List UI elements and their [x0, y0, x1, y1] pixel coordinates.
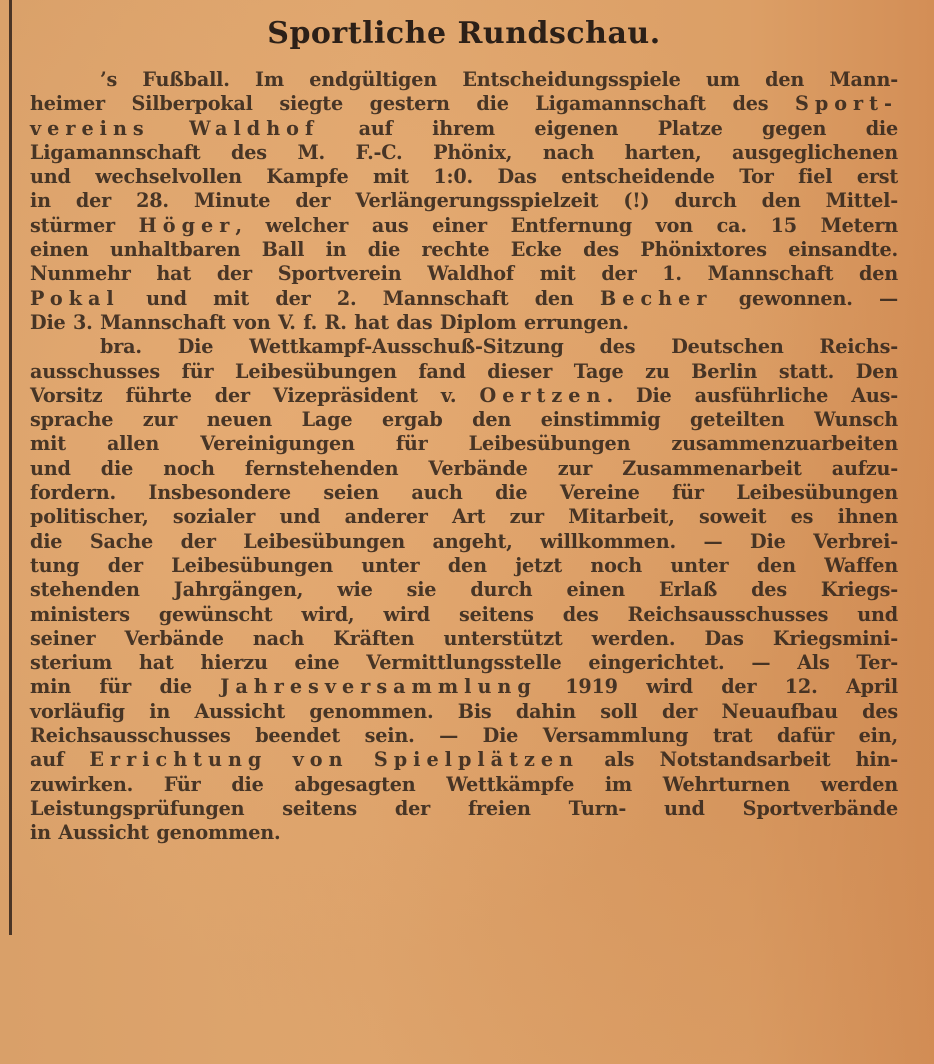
article-title: Sportliche Rundschau.: [30, 14, 898, 54]
text-line: Leistungsprüfungen seitens der freien Tu…: [30, 797, 898, 821]
text-line: ’s Fußball. Im endgültigen Entscheidungs…: [30, 68, 898, 92]
text-line: Pokal und mit der 2. Mannschaft den Bech…: [30, 287, 898, 311]
text-line: Reichsausschusses beendet sein. — Die Ve…: [30, 724, 898, 748]
text-run: als Notstandsarbeit hin-: [604, 748, 898, 771]
text-run: gewonnen. —: [739, 287, 898, 310]
text-line: ministers gewünscht wird, wird seitens d…: [30, 603, 898, 627]
spaced-word: Pokal: [30, 287, 120, 310]
text-line: politischer, sozialer und anderer Art zu…: [30, 505, 898, 529]
spaced-word: Oertzen: [480, 384, 607, 407]
spaced-word: Höger: [139, 214, 236, 237]
text-line: in der 28. Minute der Verlängerungsspiel…: [30, 189, 898, 213]
text-line: tung der Leibesübungen unter den jetzt n…: [30, 554, 898, 578]
text-run: auf ihrem eigenen Platze gegen die: [359, 117, 898, 140]
text-run: stürmer: [30, 214, 139, 237]
text-line: bra. Die Wettkampf-Ausschuß-Sitzung des …: [30, 335, 898, 359]
paragraph-reichsausschuss: bra. Die Wettkampf-Ausschuß-Sitzung des …: [30, 335, 898, 845]
text-run: 1919 wird der 12. April: [565, 675, 898, 698]
text-line: zuwirken. Für die abgesagten Wettkämpfe …: [30, 773, 898, 797]
text-line: fordern. Insbesondere seien auch die Ver…: [30, 481, 898, 505]
paragraph-fussball: ’s Fußball. Im endgültigen Entscheidungs…: [30, 68, 898, 335]
text-line: sprache zur neuen Lage ergab den einstim…: [30, 408, 898, 432]
text-line: mit allen Vereinigungen für Leibesübunge…: [30, 432, 898, 456]
text-run: auf: [30, 748, 64, 771]
text-line: Vorsitz führte der Vizepräsident v. Oert…: [30, 384, 898, 408]
text-line: sterium hat hierzu eine Vermittlungsstel…: [30, 651, 898, 675]
text-line: vorläufig in Aussicht genommen. Bis dahi…: [30, 700, 898, 724]
spaced-word: Spielplätzen: [374, 748, 579, 771]
text-run: , welcher aus einer Entfernung von ca. 1…: [235, 214, 898, 237]
spaced-word: Errichtung: [89, 748, 267, 771]
text-line: und wechselvollen Kampfe mit 1:0. Das en…: [30, 165, 898, 189]
text-run: Vorsitz führte der Vizepräsident v.: [30, 384, 456, 407]
text-line: stürmer Höger, welcher aus einer Entfern…: [30, 214, 898, 238]
spaced-word: Sport-: [795, 92, 898, 115]
text-line: stehenden Jahrgängen, wie sie durch eine…: [30, 578, 898, 602]
text-line: min für die Jahresversammlung 1919 wird …: [30, 675, 898, 699]
text-run: heimer Silberpokal siegte gestern die Li…: [30, 92, 795, 115]
text-line: ausschusses für Leibesübungen fand diese…: [30, 360, 898, 384]
spaced-word: vereins: [30, 117, 150, 140]
text-line: Die 3. Mannschaft von V. f. R. hat das D…: [30, 311, 898, 335]
text-run: und mit der 2. Mannschaft den: [146, 287, 574, 310]
spaced-word: Jahresversammlung: [220, 675, 537, 698]
text-line: seiner Verbände nach Kräften unterstützt…: [30, 627, 898, 651]
text-line: und die noch fernstehenden Verbände zur …: [30, 457, 898, 481]
text-run: von: [293, 748, 349, 771]
text-line: heimer Silberpokal siegte gestern die Li…: [30, 92, 898, 116]
text-line: Nunmehr hat der Sportverein Waldhof mit …: [30, 262, 898, 286]
text-run: min für die: [30, 675, 192, 698]
spaced-word: Waldhof: [189, 117, 319, 140]
text-line: vereins Waldhof auf ihrem eigenen Platze…: [30, 117, 898, 141]
article: Sportliche Rundschau. ’s Fußball. Im end…: [30, 14, 898, 846]
column-rule: [9, 0, 12, 935]
text-line: in Aussicht genommen.: [30, 821, 898, 845]
text-run: . Die ausführliche Aus-: [606, 384, 898, 407]
text-line: die Sache der Leibesübungen angeht, will…: [30, 530, 898, 554]
text-line: auf Errichtung von Spielplätzen als Nots…: [30, 748, 898, 772]
text-line: Ligamannschaft des M. F.-C. Phönix, nach…: [30, 141, 898, 165]
text-line: einen unhaltbaren Ball in die rechte Eck…: [30, 238, 898, 262]
spaced-word: Becher: [600, 287, 712, 310]
